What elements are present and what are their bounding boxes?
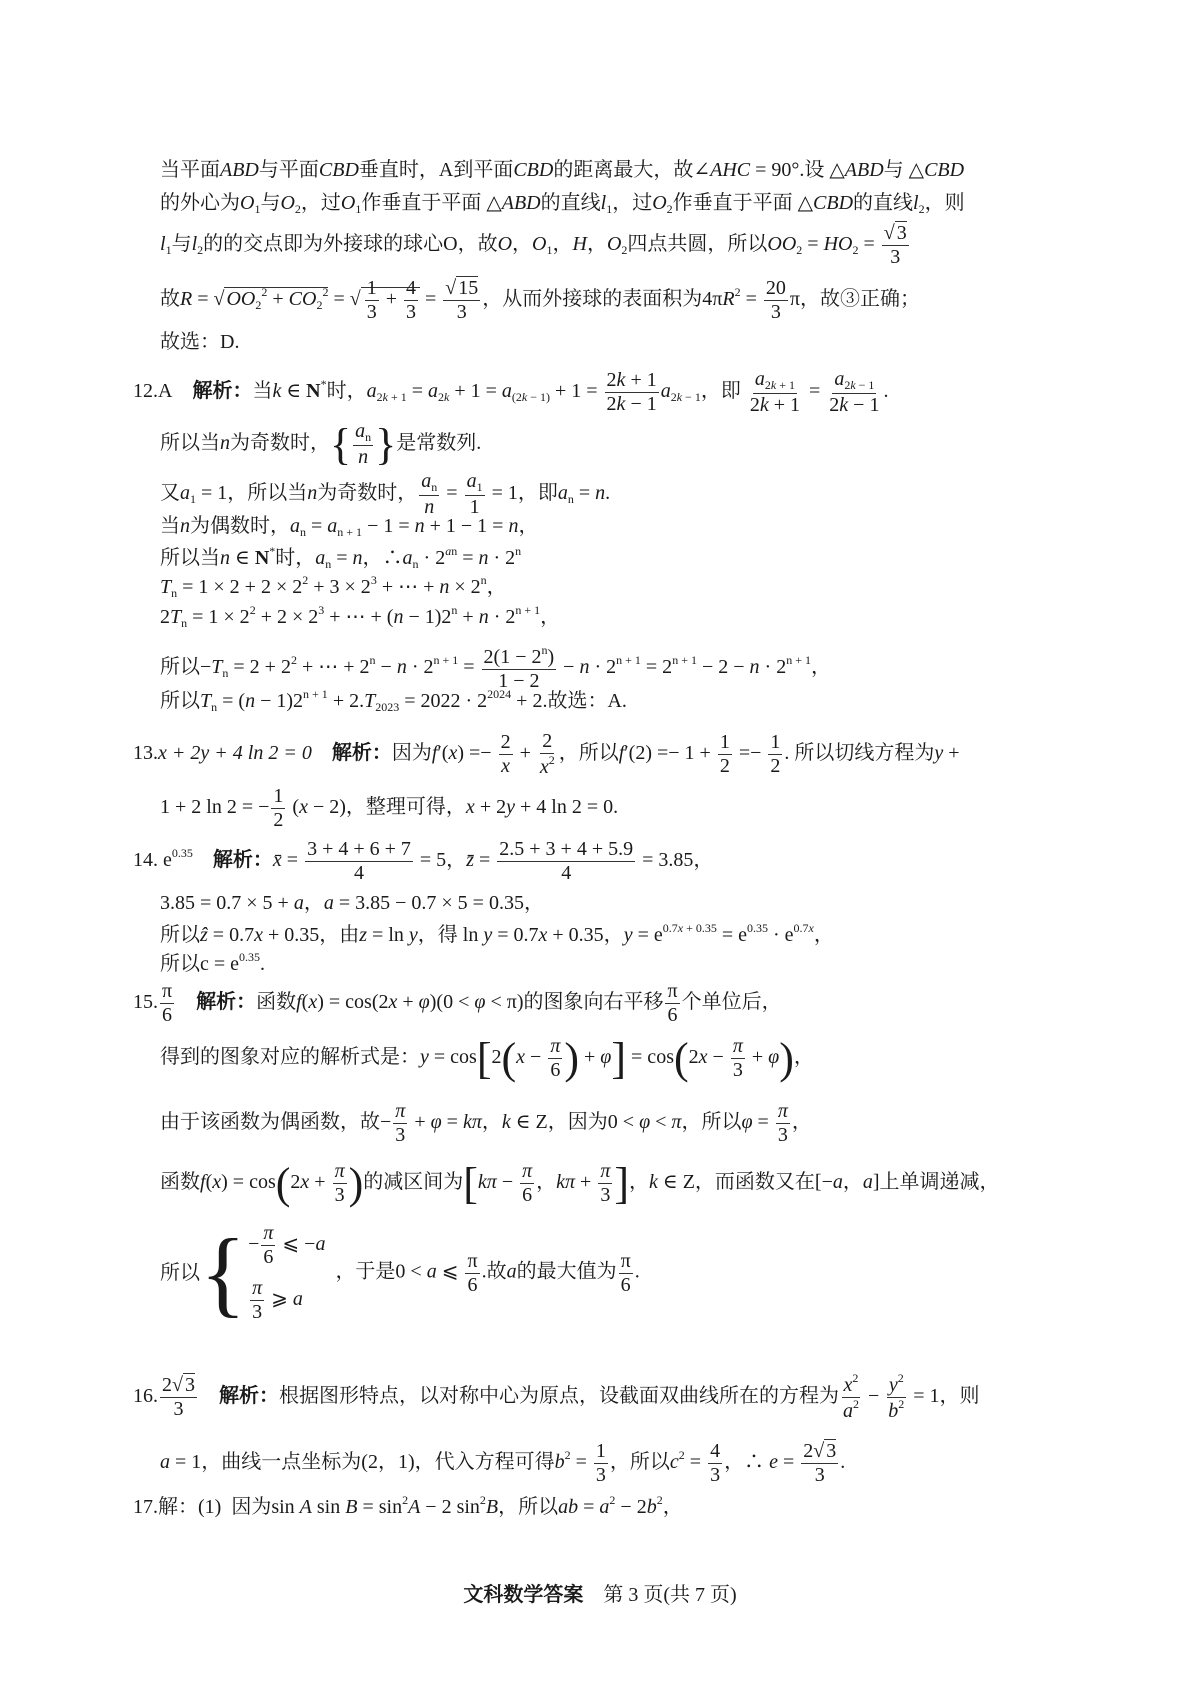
q12-line-2: 所以当n为奇数时，{ann}是常数列. (160, 420, 481, 469)
question-number: 17. (133, 1496, 158, 1518)
page-footer: 文科数学答案 第 3 页(共 7 页) (0, 1578, 1200, 1607)
q12-line-9: 所以Tn = (n − 1)2n + 1 + 2.T2023 = 2022 · … (160, 688, 627, 713)
q16-line-2: a = 1，曲线一点坐标为(2，1)，代入方程可得b2 = 13，所以c2 = … (160, 1440, 845, 1487)
q11-conclusion: 故选：D. (160, 332, 239, 352)
q11-line-2: 的外心为O1与O2，过O1作垂直于平面 △ABD的直线l1，过O2作垂直于平面 … (160, 193, 965, 215)
q17-line-1: 17.解：(1) 因为sin A sin B = sin2A − 2 sin2B… (133, 1494, 683, 1517)
q12-line-1: 12.A 解析：当k ∈ N*时，a2k + 1 = a2k + 1 = a(2… (133, 368, 888, 417)
q15-line-5: 所以{ −π6 ⩽ −a π3 ⩾ a ，于是0 < a ⩽ π6.故a的最大值… (160, 1222, 640, 1324)
q15-line-3: 由于该函数为偶函数，故−π3 + φ = kπ，k ∈ Z，因为0 < φ < … (160, 1100, 812, 1147)
q15-line-1: 15.π6 解析：函数f(x) = cos(2x + φ)(0 < φ < π)… (133, 980, 782, 1027)
q14-line-4: 所以c = e0.35. (160, 951, 265, 974)
q14-line-1: 14. e0.35 解析：x̄ = 3 + 4 + 6 + 74 = 5，z̄ … (133, 838, 713, 885)
solution-label: 解： (158, 1496, 198, 1518)
analysis-label: 解析： (219, 1385, 279, 1407)
page-number: 第 3 页(共 7 页) (603, 1584, 736, 1606)
answer: A (158, 380, 172, 402)
analysis-label: 解析： (213, 849, 273, 871)
footer-title: 文科数学答案 (463, 1582, 583, 1606)
q12-line-6: Tn = 1 × 2 + 2 × 22 + 3 × 23 + ⋯ + n × 2… (160, 574, 507, 599)
q13-line-1: 13.x + 2y + 4 ln 2 = 0 解析：因为f′(x) =− 2x … (133, 730, 960, 779)
q12-line-3: 又a1 = 1，所以当n为奇数时，ann = a11 = 1，即an = n. (160, 470, 610, 519)
q13-line-2: 1 + 2 ln 2 = −12 (x − 2)，整理可得，x + 2y + 4… (160, 785, 618, 832)
q14-line-2: 3.85 = 0.7 × 5 + a，a = 3.85 − 0.7 × 5 = … (160, 893, 544, 913)
question-number: 13. (133, 742, 158, 764)
answer: x + 2y + 4 ln 2 = 0 (158, 742, 312, 764)
analysis-label: 解析： (332, 742, 392, 764)
question-number: 14. (133, 849, 158, 871)
analysis-label: 解析： (192, 380, 252, 402)
q12-line-7: 2Tn = 1 × 22 + 2 × 23 + ⋯ + (n − 1)2n + … (160, 604, 560, 629)
q16-line-1: 16.2√33 解析：根据图形特点，以对称中心为原点，设截面双曲线所在的方程为x… (133, 1372, 980, 1423)
part-label: (1) (198, 1496, 221, 1518)
q12-line-8: 所以−Tn = 2 + 22 + ⋯ + 2n − n · 2n + 1 = 2… (160, 644, 831, 693)
q14-line-3: 所以ẑ = 0.7x + 0.35，由z = ln y，得 ln y = 0.7… (160, 922, 834, 945)
q12-line-4: 当n为偶数时，an = an + 1 − 1 = n + 1 − 1 = n， (160, 516, 538, 538)
analysis-label: 解析： (196, 991, 256, 1013)
q15-line-2: 得到的图象对应的解析式是：y = cos[2(x − π6) + φ] = co… (160, 1035, 814, 1082)
q12-line-5: 所以当n ∈ N*时，an = n，∴an · 2an = n · 2n (160, 545, 521, 570)
question-number: 16. (133, 1385, 158, 1407)
question-number: 15. (133, 991, 158, 1013)
q11-line-4: 故R = √OO22 + CO22 = √13 + 43 = √153，从而外接… (160, 277, 920, 324)
question-number: 12. (133, 380, 158, 402)
fraction: √33 (882, 222, 909, 269)
q11-line-3: l1与l2的的交点即为外接球的球心O，故O，O1，H，O2四点共圆，所以OO2 … (160, 222, 911, 269)
q11-line-1: 当平面ABD与平面CBD垂直时，A到平面CBD的距离最大，故∠AHC = 90°… (160, 160, 964, 180)
q15-line-4: 函数f(x) = cos(2x + π3)的减区间为[kπ − π6，kπ + … (160, 1160, 1000, 1207)
